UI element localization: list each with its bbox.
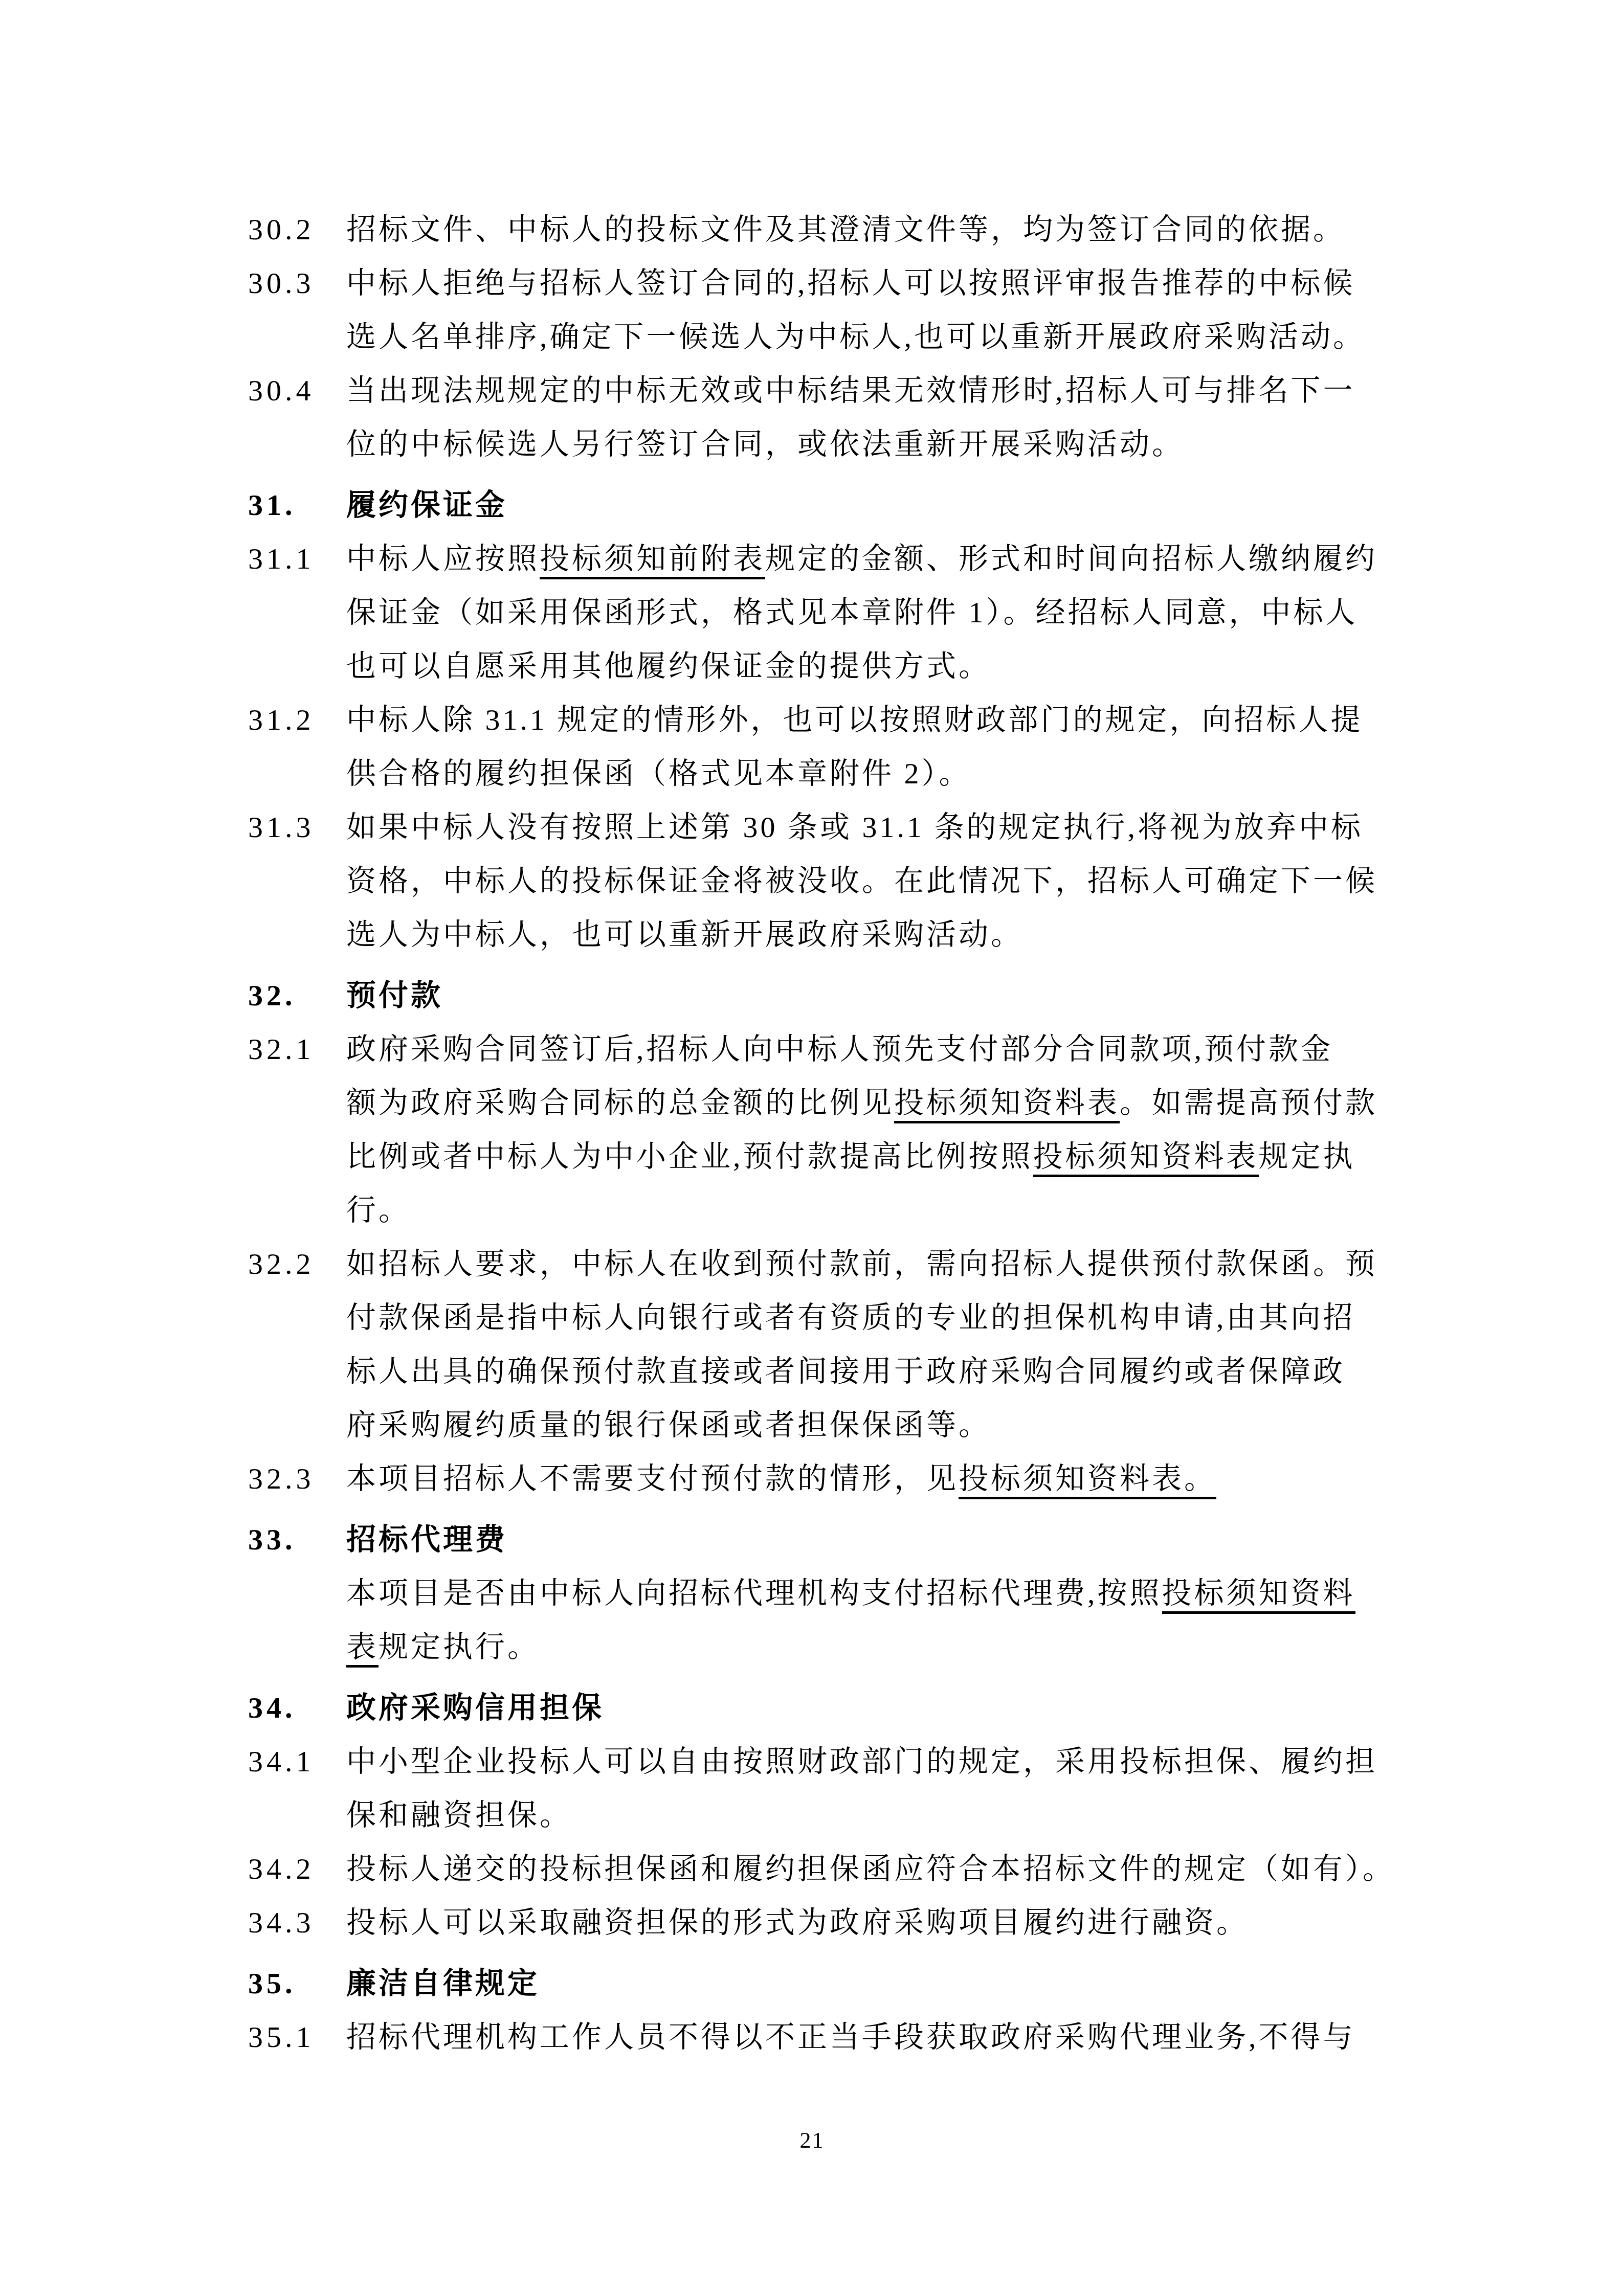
clause-number: 31.1 <box>248 532 346 586</box>
clause-text: 中标人除 31.1 规定的情形外，也可以按照财政部门的规定，向招标人提供合格的履… <box>346 693 1440 800</box>
text-line: 保和融资担保。 <box>346 1788 1440 1842</box>
text-segment: 位的中标候选人另行签订合同，或依法重新开展采购活动。 <box>346 427 1184 461</box>
text-segment: 也可以自愿采用其他履约保证金的提供方式。 <box>346 649 991 683</box>
clause-text: 中标人拒绝与招标人签订合同的,招标人可以按照评审报告推荐的中标候选人名单排序,确… <box>346 256 1440 364</box>
clause-number: 30.4 <box>248 364 346 417</box>
text-line: 额为政府采购合同标的总金额的比例见投标须知资料表。如需提高预付款 <box>346 1076 1440 1130</box>
text-line: 供合格的履约担保函（格式见本章附件 2）。 <box>346 747 1440 800</box>
text-line: 预付款 <box>346 969 1440 1022</box>
text-segment: 本项目是否由中标人向招标代理机构支付招标代理费,按照 <box>346 1577 1162 1610</box>
underlined-reference: 投标须知资料 <box>1162 1577 1355 1614</box>
text-segment: 保和融资担保。 <box>346 1798 572 1832</box>
clause-text: 投标人递交的投标担保函和履约担保函应符合本招标文件的规定（如有）。 <box>346 1842 1440 1896</box>
text-segment: 招标文件、中标人的投标文件及其澄清文件等，均为签订合同的依据。 <box>346 213 1345 246</box>
clause-number: 34.3 <box>248 1896 346 1949</box>
clause-row: 30.2招标文件、中标人的投标文件及其澄清文件等，均为签订合同的依据。 <box>248 202 1440 256</box>
text-line: 行。 <box>346 1183 1440 1237</box>
text-segment: 行。 <box>346 1194 411 1227</box>
clause-text: 如招标人要求，中标人在收到预付款前，需向招标人提供预付款保函。预付款保函是指中标… <box>346 1237 1440 1452</box>
underlined-reference: 投标须知资料表 <box>894 1086 1120 1123</box>
clause-text: 中小型企业投标人可以自由按照财政部门的规定，采用投标担保、履约担保和融资担保。 <box>346 1735 1440 1842</box>
clause-number: 32.3 <box>248 1452 346 1505</box>
clause-number: 35. <box>248 1956 346 2010</box>
section-title: 预付款 <box>346 969 1440 1022</box>
clause-number: 34.2 <box>248 1842 346 1896</box>
text-segment: 选人名单排序,确定下一候选人为中标人,也可以重新开展政府采购活动。 <box>346 320 1365 353</box>
clause-row: 30.3中标人拒绝与招标人签订合同的,招标人可以按照评审报告推荐的中标候选人名单… <box>248 256 1440 364</box>
clause-number: 34.1 <box>248 1735 346 1788</box>
text-line: 投标人递交的投标担保函和履约担保函应符合本招标文件的规定（如有）。 <box>346 1842 1440 1896</box>
text-line: 招标代理费 <box>346 1513 1440 1566</box>
section-heading-row: 34.政府采购信用担保 <box>248 1681 1440 1735</box>
clause-number: 32. <box>248 969 346 1022</box>
text-line: 招标代理机构工作人员不得以不正当手段获取政府采购代理业务,不得与 <box>346 2010 1440 2064</box>
text-line: 府采购履约质量的银行保函或者担保保函等。 <box>346 1398 1440 1452</box>
text-segment: 投标人可以采取融资担保的形式为政府采购项目履约进行融资。 <box>346 1906 1249 1939</box>
text-line: 本项目是否由中标人向招标代理机构支付招标代理费,按照投标须知资料 <box>346 1566 1440 1620</box>
clause-number: 35.1 <box>248 2010 346 2064</box>
clause-number: 34. <box>248 1681 346 1735</box>
page-footer: 21 <box>0 2127 1624 2153</box>
text-segment: 。如需提高预付款 <box>1120 1086 1377 1119</box>
text-segment: 政府采购信用担保 <box>346 1691 604 1724</box>
section-title: 政府采购信用担保 <box>346 1681 1440 1735</box>
underlined-reference: 表 <box>346 1630 379 1668</box>
clause-row: 32.1政府采购合同签订后,招标人向中标人预先支付部分合同款项,预付款金额为政府… <box>248 1022 1440 1237</box>
text-line: 付款保函是指中标人向银行或者有资质的专业的担保机构申请,由其向招 <box>346 1291 1440 1344</box>
clause-row: 31.1中标人应按照投标须知前附表规定的金额、形式和时间向招标人缴纳履约保证金（… <box>248 532 1440 693</box>
underlined-reference: 投标须知前附表 <box>540 542 765 579</box>
text-line: 当出现法规规定的中标无效或中标结果无效情形时,招标人可与排名下一 <box>346 364 1440 417</box>
clause-row: 30.4当出现法规规定的中标无效或中标结果无效情形时,招标人可与排名下一位的中标… <box>248 364 1440 471</box>
text-line: 招标文件、中标人的投标文件及其澄清文件等，均为签订合同的依据。 <box>346 202 1440 256</box>
clause-number: 32.2 <box>248 1237 346 1291</box>
text-line: 表规定执行。 <box>346 1620 1440 1674</box>
text-line: 政府采购合同签订后,招标人向中标人预先支付部分合同款项,预付款金 <box>346 1022 1440 1076</box>
clause-row: 31.2中标人除 31.1 规定的情形外，也可以按照财政部门的规定，向招标人提供… <box>248 693 1440 800</box>
clause-row: 35.1招标代理机构工作人员不得以不正当手段获取政府采购代理业务,不得与 <box>248 2010 1440 2064</box>
clause-text: 本项目招标人不需要支付预付款的情形，见投标须知资料表。 <box>346 1452 1440 1505</box>
text-segment: 规定执 <box>1259 1140 1355 1173</box>
text-line: 中标人拒绝与招标人签订合同的,招标人可以按照评审报告推荐的中标候 <box>346 256 1440 310</box>
clause-number: 33. <box>248 1513 346 1566</box>
clause-list: 30.2招标文件、中标人的投标文件及其澄清文件等，均为签订合同的依据。30.3中… <box>248 202 1440 2064</box>
text-line: 如招标人要求，中标人在收到预付款前，需向招标人提供预付款保函。预 <box>346 1237 1440 1291</box>
text-line: 资格，中标人的投标保证金将被没收。在此情况下，招标人可确定下一候 <box>346 854 1440 908</box>
clause-number: 31. <box>248 478 346 532</box>
underlined-reference: 投标须知资料表 <box>1033 1140 1259 1177</box>
text-segment: 本项目招标人不需要支付预付款的情形，见 <box>346 1462 959 1495</box>
text-segment: 规定执行。 <box>379 1630 540 1663</box>
clause-number: 32.1 <box>248 1022 346 1076</box>
text-line: 廉洁自律规定 <box>346 1956 1440 2010</box>
text-segment: 中小型企业投标人可以自由按照财政部门的规定，采用投标担保、履约担 <box>346 1745 1377 1778</box>
text-line: 标人出具的确保预付款直接或者间接用于政府采购合同履约或者保障政 <box>346 1344 1440 1398</box>
text-segment: 当出现法规规定的中标无效或中标结果无效情形时,招标人可与排名下一 <box>346 374 1355 407</box>
section-title: 招标代理费 <box>346 1513 1440 1566</box>
text-segment: 府采购履约质量的银行保函或者担保保函等。 <box>346 1408 991 1442</box>
page-number: 21 <box>800 2128 825 2153</box>
text-line: 如果中标人没有按照上述第 30 条或 31.1 条的规定执行,将视为放弃中标 <box>346 800 1440 854</box>
clause-text: 政府采购合同签订后,招标人向中标人预先支付部分合同款项,预付款金额为政府采购合同… <box>346 1022 1440 1237</box>
clause-text: 当出现法规规定的中标无效或中标结果无效情形时,招标人可与排名下一位的中标候选人另… <box>346 364 1440 471</box>
clause-number: 31.2 <box>248 693 346 747</box>
clause-text: 中标人应按照投标须知前附表规定的金额、形式和时间向招标人缴纳履约保证金（如采用保… <box>346 532 1440 693</box>
clause-text: 如果中标人没有按照上述第 30 条或 31.1 条的规定执行,将视为放弃中标资格… <box>346 800 1440 961</box>
text-segment: 额为政府采购合同标的总金额的比例见 <box>346 1086 894 1119</box>
text-segment: 供合格的履约担保函（格式见本章附件 2）。 <box>346 757 971 790</box>
text-segment: 付款保函是指中标人向银行或者有资质的专业的担保机构申请,由其向招 <box>346 1301 1355 1334</box>
clause-text: 本项目是否由中标人向招标代理机构支付招标代理费,按照投标须知资料表规定执行。 <box>346 1566 1440 1674</box>
text-segment: 招标代理机构工作人员不得以不正当手段获取政府采购代理业务,不得与 <box>346 2020 1355 2054</box>
text-segment: 招标代理费 <box>346 1523 507 1556</box>
document-page: 30.2招标文件、中标人的投标文件及其澄清文件等，均为签订合同的依据。30.3中… <box>0 0 1624 2296</box>
underlined-reference: 投标须知资料表。 <box>959 1462 1216 1499</box>
text-segment: 保证金（如采用保函形式，格式见本章附件 1）。经招标人同意，中标人 <box>346 596 1358 629</box>
clause-row: 34.1中小型企业投标人可以自由按照财政部门的规定，采用投标担保、履约担保和融资… <box>248 1735 1440 1842</box>
clause-text: 投标人可以采取融资担保的形式为政府采购项目履约进行融资。 <box>346 1896 1440 1949</box>
clause-row: 31.3如果中标人没有按照上述第 30 条或 31.1 条的规定执行,将视为放弃… <box>248 800 1440 961</box>
text-segment: 中标人应按照 <box>346 542 540 575</box>
text-segment: 如果中标人没有按照上述第 30 条或 31.1 条的规定执行,将视为放弃中标 <box>346 811 1363 844</box>
clause-number: 30.2 <box>248 202 346 256</box>
text-segment: 廉洁自律规定 <box>346 1967 540 2000</box>
clause-row: 34.2投标人递交的投标担保函和履约担保函应符合本招标文件的规定（如有）。 <box>248 1842 1440 1896</box>
text-segment: 规定的金额、形式和时间向招标人缴纳履约 <box>765 542 1377 575</box>
text-segment: 资格，中标人的投标保证金将被没收。在此情况下，招标人可确定下一候 <box>346 864 1377 897</box>
text-line: 履约保证金 <box>346 478 1440 532</box>
section-heading-row: 33.招标代理费 <box>248 1513 1440 1566</box>
text-line: 中标人除 31.1 规定的情形外，也可以按照财政部门的规定，向招标人提 <box>346 693 1440 747</box>
section-heading-row: 31.履约保证金 <box>248 478 1440 532</box>
clause-text: 招标代理机构工作人员不得以不正当手段获取政府采购代理业务,不得与 <box>346 2010 1440 2064</box>
text-line: 位的中标候选人另行签订合同，或依法重新开展采购活动。 <box>346 417 1440 471</box>
text-line: 选人为中标人，也可以重新开展政府采购活动。 <box>346 908 1440 961</box>
text-segment: 政府采购合同签订后,招标人向中标人预先支付部分合同款项,预付款金 <box>346 1032 1333 1066</box>
text-segment: 标人出具的确保预付款直接或者间接用于政府采购合同履约或者保障政 <box>346 1355 1345 1388</box>
clause-text: 招标文件、中标人的投标文件及其澄清文件等，均为签订合同的依据。 <box>346 202 1440 256</box>
clause-row: 34.3投标人可以采取融资担保的形式为政府采购项目履约进行融资。 <box>248 1896 1440 1949</box>
text-segment: 投标人递交的投标担保函和履约担保函应符合本招标文件的规定（如有）。 <box>346 1852 1395 1885</box>
text-line: 投标人可以采取融资担保的形式为政府采购项目履约进行融资。 <box>346 1896 1440 1949</box>
text-line: 中小型企业投标人可以自由按照财政部门的规定，采用投标担保、履约担 <box>346 1735 1440 1788</box>
section-title: 廉洁自律规定 <box>346 1956 1440 2010</box>
text-line: 中标人应按照投标须知前附表规定的金额、形式和时间向招标人缴纳履约 <box>346 532 1440 586</box>
text-line: 比例或者中标人为中小企业,预付款提高比例按照投标须知资料表规定执 <box>346 1130 1440 1183</box>
clause-number: 30.3 <box>248 256 346 310</box>
text-segment: 预付款 <box>346 979 443 1012</box>
text-line: 选人名单排序,确定下一候选人为中标人,也可以重新开展政府采购活动。 <box>346 310 1440 364</box>
text-line: 也可以自愿采用其他履约保证金的提供方式。 <box>346 639 1440 693</box>
text-line: 本项目招标人不需要支付预付款的情形，见投标须知资料表。 <box>346 1452 1440 1505</box>
text-line: 政府采购信用担保 <box>346 1681 1440 1735</box>
clause-row: 32.2如招标人要求，中标人在收到预付款前，需向招标人提供预付款保函。预付款保函… <box>248 1237 1440 1452</box>
clause-row: 本项目是否由中标人向招标代理机构支付招标代理费,按照投标须知资料表规定执行。 <box>248 1566 1440 1674</box>
text-segment: 中标人拒绝与招标人签订合同的,招标人可以按照评审报告推荐的中标候 <box>346 266 1355 300</box>
section-title: 履约保证金 <box>346 478 1440 532</box>
clause-row: 32.3本项目招标人不需要支付预付款的情形，见投标须知资料表。 <box>248 1452 1440 1505</box>
section-heading-row: 32.预付款 <box>248 969 1440 1022</box>
text-segment: 选人为中标人，也可以重新开展政府采购活动。 <box>346 918 1023 951</box>
clause-number: 31.3 <box>248 800 346 854</box>
text-segment: 中标人除 31.1 规定的情形外，也可以按照财政部门的规定，向招标人提 <box>346 703 1363 736</box>
text-line: 保证金（如采用保函形式，格式见本章附件 1）。经招标人同意，中标人 <box>346 586 1440 639</box>
text-segment: 履约保证金 <box>346 488 507 522</box>
text-segment: 如招标人要求，中标人在收到预付款前，需向招标人提供预付款保函。预 <box>346 1247 1377 1280</box>
text-segment: 比例或者中标人为中小企业,预付款提高比例按照 <box>346 1140 1033 1173</box>
section-heading-row: 35.廉洁自律规定 <box>248 1956 1440 2010</box>
